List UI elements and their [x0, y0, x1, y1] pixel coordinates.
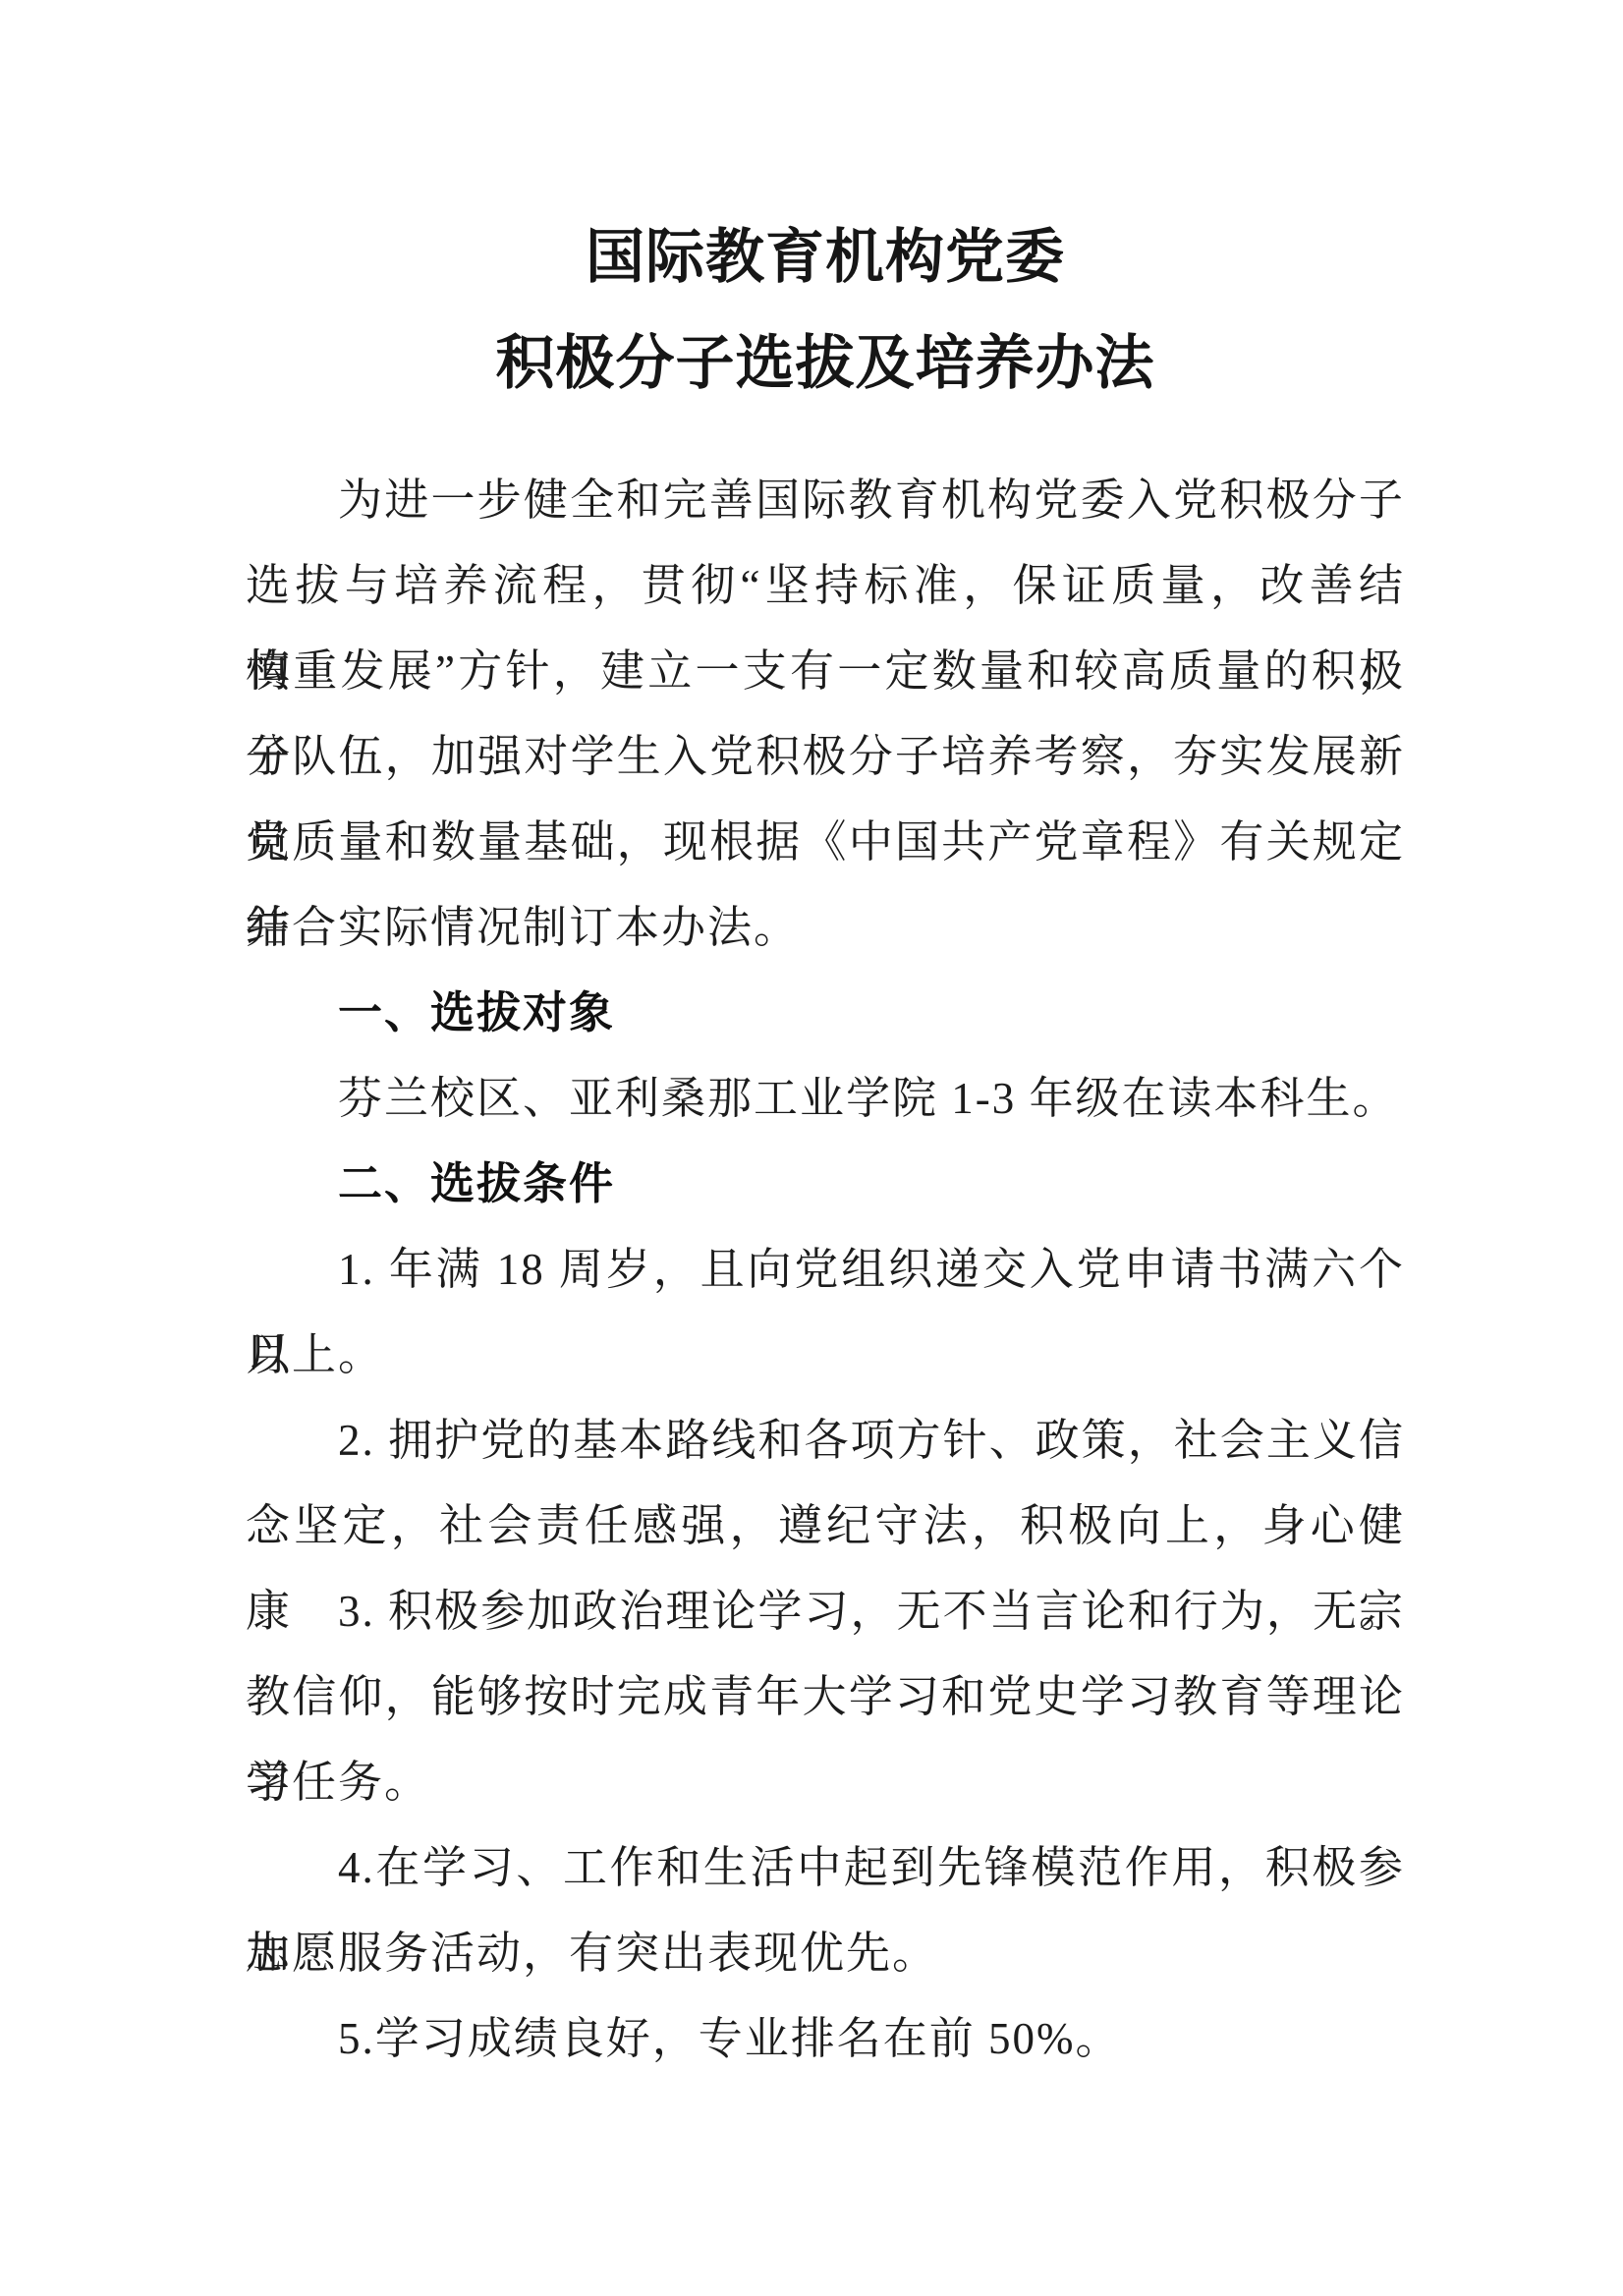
condition-item-2-line-2: 念坚定，社会责任感强，遵纪守法，积极向上，身心健康。	[246, 1484, 1405, 1569]
intro-line-2: 选拔与培养流程，贯彻“坚持标准，保证质量，改善结构，	[246, 543, 1405, 629]
condition-item-1-line-1: 1. 年满 18 周岁，且向党组织递交入党申请书满六个月	[246, 1227, 1405, 1313]
section-1-body-line: 芬兰校区、亚利桑那工业学院 1-3 年级在读本科生。	[246, 1056, 1405, 1142]
condition-item-1-line-2: 以上。	[246, 1313, 1405, 1398]
condition-item-2-line-1: 2. 拥护党的基本路线和各项方针、政策，社会主义信	[246, 1398, 1405, 1484]
document-page: 国际教育机构党委 积极分子选拔及培养办法 为进一步健全和完善国际教育机构党委入党…	[0, 0, 1623, 2296]
condition-item-3-line-1: 3. 积极参加政治理论学习，无不当言论和行为，无宗	[246, 1569, 1405, 1654]
section-1-heading: 一、选拔对象	[246, 971, 1405, 1056]
condition-item-4-line-2: 志愿服务活动，有突出表现优先。	[246, 1911, 1405, 1996]
condition-item-4-line-1: 4.在学习、工作和生活中起到先锋模范作用，积极参加	[246, 1825, 1405, 1911]
condition-item-3-line-2: 教信仰，能够按时完成青年大学习和党史学习教育等理论学	[246, 1654, 1405, 1740]
title-block: 国际教育机构党委 积极分子选拔及培养办法	[246, 208, 1405, 413]
condition-item-3-line-3: 习任务。	[246, 1740, 1405, 1825]
document-body: 为进一步健全和完善国际教育机构党委入党积极分子 选拔与培养流程，贯彻“坚持标准，…	[246, 458, 1405, 2082]
document-title-line-2: 积极分子选拔及培养办法	[246, 314, 1405, 413]
document-content: 国际教育机构党委 积极分子选拔及培养办法 为进一步健全和完善国际教育机构党委入党…	[0, 0, 1623, 2082]
intro-line-6: 结合实际情况制订本办法。	[246, 885, 1405, 971]
section-2-heading: 二、选拔条件	[246, 1142, 1405, 1227]
intro-line-4: 子队伍，加强对学生入党积极分子培养考察，夯实发展新党	[246, 714, 1405, 800]
condition-item-5-line-1: 5.学习成绩良好，专业排名在前 50%。	[246, 1996, 1405, 2082]
intro-line-1: 为进一步健全和完善国际教育机构党委入党积极分子	[246, 458, 1405, 543]
document-title-line-1: 国际教育机构党委	[246, 208, 1405, 307]
intro-line-5: 员质量和数量基础，现根据《中国共产党章程》有关规定并	[246, 800, 1405, 885]
intro-line-3: 慎重发展”方针，建立一支有一定数量和较高质量的积极分	[246, 629, 1405, 714]
